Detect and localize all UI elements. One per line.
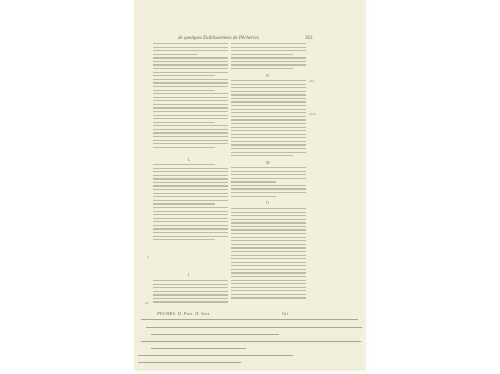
left-column-text-1 <box>153 43 228 150</box>
section-letter: O <box>266 200 269 205</box>
running-head: de quelques Etablissemens de Pêcheries. <box>178 36 260 41</box>
handwritten-note-line <box>138 362 241 363</box>
section-letter: N <box>266 73 269 78</box>
left-column-text-3 <box>153 280 228 305</box>
left-column-text-2 <box>153 164 228 243</box>
handwritten-note-line <box>141 319 358 320</box>
right-column-text-4 <box>231 208 306 301</box>
footer-gathering: Iii i <box>282 311 288 316</box>
margin-mark: xx <box>145 301 149 305</box>
handwritten-note-line <box>141 341 361 342</box>
margin-mark: xxxx <box>309 112 316 116</box>
section-letter: M <box>266 160 270 165</box>
section-letter: I <box>188 272 189 277</box>
handwritten-note-line <box>151 348 246 349</box>
footer-signature: PECHES. II. Part. II. Sect. <box>157 311 211 316</box>
handwritten-note-line <box>138 355 293 356</box>
margin-mark: xxx <box>309 79 314 83</box>
handwritten-note-line <box>151 334 279 335</box>
handwritten-note-line <box>146 327 362 328</box>
right-column-text-2 <box>231 80 306 159</box>
page-number: 363 <box>305 36 313 41</box>
margin-mark: x <box>147 255 149 259</box>
right-column-text-3 <box>231 167 306 199</box>
right-column-text-1 <box>231 43 306 72</box>
section-letter: L <box>188 157 190 162</box>
